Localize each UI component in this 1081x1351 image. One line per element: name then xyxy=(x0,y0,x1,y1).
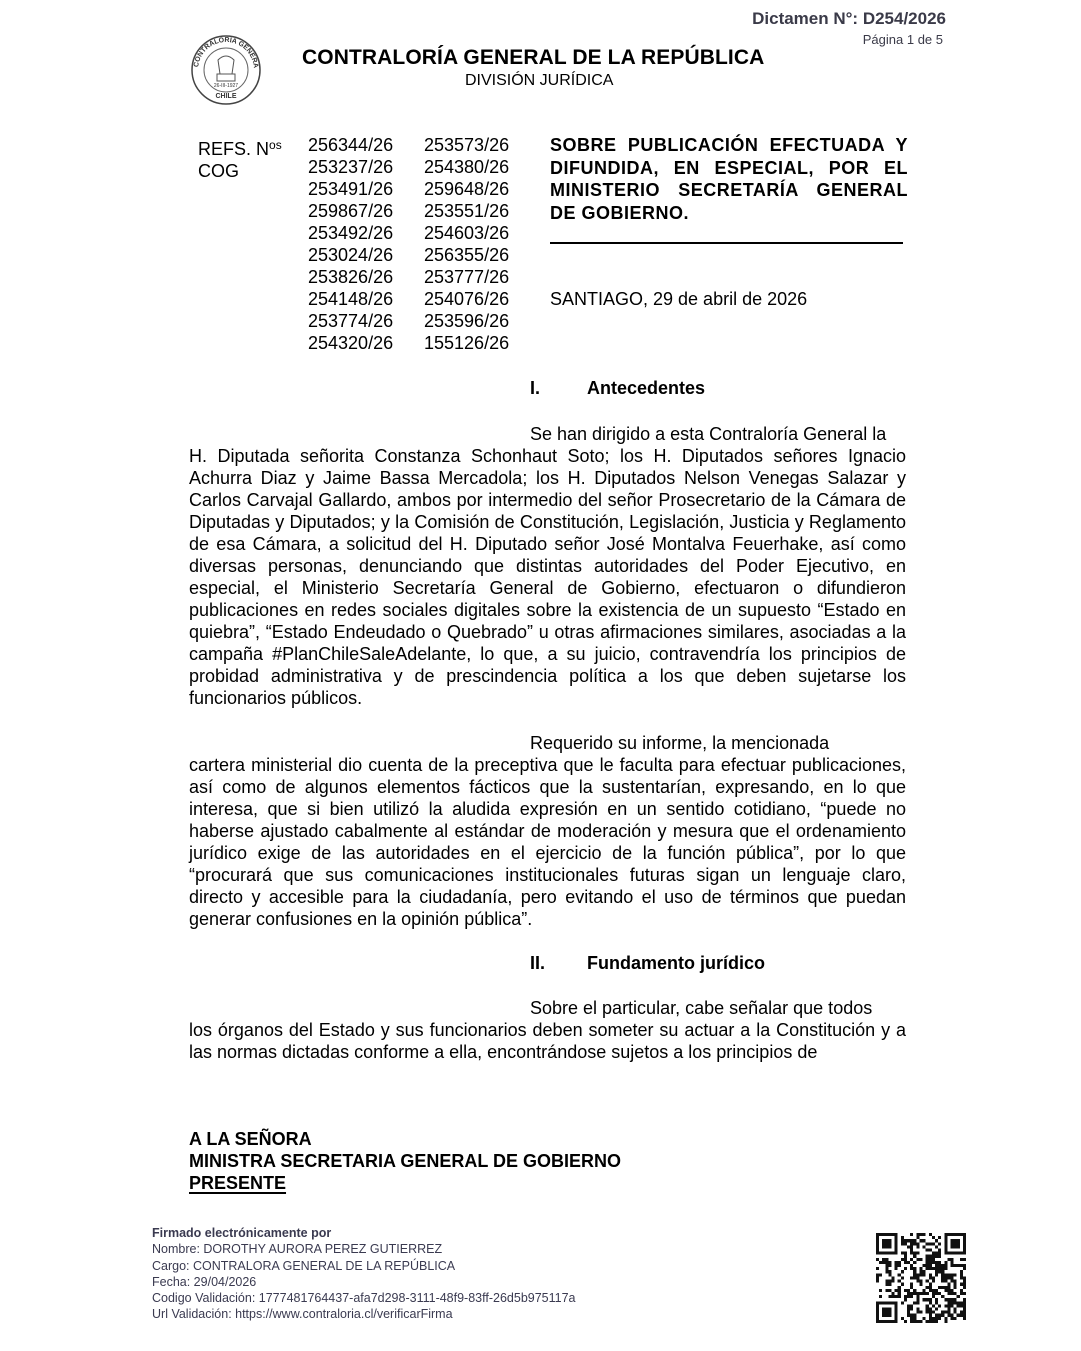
qr-code-icon xyxy=(876,1233,966,1323)
paragraph-first-line: Sobre el particular, cabe señalar que to… xyxy=(189,997,906,1019)
subject-heading: SOBRE PUBLICACIÓN EFECTUADA Y DIFUNDIDA,… xyxy=(550,134,908,224)
ref-number: 254380/26 xyxy=(424,156,509,178)
ref-number: 256344/26 xyxy=(308,134,393,156)
electronic-signature-block: Firmado electrónicamente por Nombre: DOR… xyxy=(152,1225,576,1323)
paragraph-fundamento-1: Sobre el particular, cabe señalar que to… xyxy=(189,997,906,1063)
section-title: Antecedentes xyxy=(587,378,705,399)
section-heading-antecedentes: I. Antecedentes xyxy=(530,378,830,402)
ref-number: 253777/26 xyxy=(424,266,509,288)
refs-column-1: 256344/26253237/26253491/26259867/262534… xyxy=(308,134,393,354)
refs-label-main: REFS. N xyxy=(198,139,269,159)
svg-text:26-III-1927: 26-III-1927 xyxy=(214,83,238,89)
contraloria-seal-icon: CONTRALORIA GENERAL DE LA REPUBLICA 26-I… xyxy=(190,34,262,106)
dictamen-number: Dictamen N°: D254/2026 xyxy=(752,9,946,29)
ref-number: 253491/26 xyxy=(308,178,393,200)
ref-number: 259648/26 xyxy=(424,178,509,200)
paragraph-antecedentes-1: Se han dirigido a esta Contraloría Gener… xyxy=(189,423,906,709)
signature-role: Cargo: CONTRALORA GENERAL DE LA REPÚBLIC… xyxy=(152,1258,576,1274)
signature-validation-url[interactable]: Url Validación: https://www.contraloria.… xyxy=(152,1306,576,1322)
section-heading-fundamento: II. Fundamento jurídico xyxy=(530,953,830,977)
signature-heading: Firmado electrónicamente por xyxy=(152,1225,576,1241)
ref-number: 254603/26 xyxy=(424,222,509,244)
ref-number: 253774/26 xyxy=(308,310,393,332)
paragraph-body: cartera ministerial dio cuenta de la pre… xyxy=(189,755,906,929)
refs-label-cog: COG xyxy=(198,160,282,182)
subject-divider xyxy=(550,242,903,244)
svg-text:CONTRALORIA GENERAL DE LA REPU: CONTRALORIA GENERAL DE LA REPUBLICA xyxy=(190,34,259,69)
refs-label: REFS. Nos COG xyxy=(198,134,282,182)
ref-number: 256355/26 xyxy=(424,244,509,266)
ref-number: 259867/26 xyxy=(308,200,393,222)
signature-name: Nombre: DOROTHY AURORA PEREZ GUTIERREZ xyxy=(152,1241,576,1257)
paragraph-antecedentes-2: Requerido su informe, la mencionada cart… xyxy=(189,732,906,930)
organization-title: CONTRALORÍA GENERAL DE LA REPÚBLICA xyxy=(302,46,764,70)
section-number: II. xyxy=(530,953,545,974)
section-number: I. xyxy=(530,378,540,399)
signature-validation-code: Codigo Validación: 1777481764437-afa7d29… xyxy=(152,1290,576,1306)
ref-number: 155126/26 xyxy=(424,332,509,354)
paragraph-first-line: Requerido su informe, la mencionada xyxy=(189,732,906,754)
ref-number: 253573/26 xyxy=(424,134,509,156)
ref-number: 253596/26 xyxy=(424,310,509,332)
ref-number: 254076/26 xyxy=(424,288,509,310)
ref-number: 253237/26 xyxy=(308,156,393,178)
refs-column-2: 253573/26254380/26259648/26253551/262546… xyxy=(424,134,509,354)
ref-number: 253492/26 xyxy=(308,222,393,244)
refs-label-sup: os xyxy=(269,138,282,152)
ref-number: 254148/26 xyxy=(308,288,393,310)
ref-number: 253826/26 xyxy=(308,266,393,288)
addressee-line-2: MINISTRA SECRETARIA GENERAL DE GOBIERNO xyxy=(189,1150,621,1172)
paragraph-body: los órganos del Estado y sus funcionario… xyxy=(189,1020,906,1062)
paragraph-first-line: Se han dirigido a esta Contraloría Gener… xyxy=(189,423,906,445)
page-indicator: Página 1 de 5 xyxy=(863,32,943,47)
place-date: SANTIAGO, 29 de abril de 2026 xyxy=(550,289,807,310)
addressee-presente: PRESENTE xyxy=(189,1173,286,1193)
section-title: Fundamento jurídico xyxy=(587,953,765,974)
division-name: DIVISIÓN JURÍDICA xyxy=(465,72,613,90)
ref-number: 254320/26 xyxy=(308,332,393,354)
addressee-line-1: A LA SEÑORA xyxy=(189,1128,621,1150)
ref-number: 253024/26 xyxy=(308,244,393,266)
svg-text:CHILE: CHILE xyxy=(216,93,237,100)
paragraph-body: H. Diputada señorita Constanza Schonhaut… xyxy=(189,446,906,708)
ref-number: 253551/26 xyxy=(424,200,509,222)
addressee-block: A LA SEÑORA MINISTRA SECRETARIA GENERAL … xyxy=(189,1128,621,1194)
signature-date: Fecha: 29/04/2026 xyxy=(152,1274,576,1290)
